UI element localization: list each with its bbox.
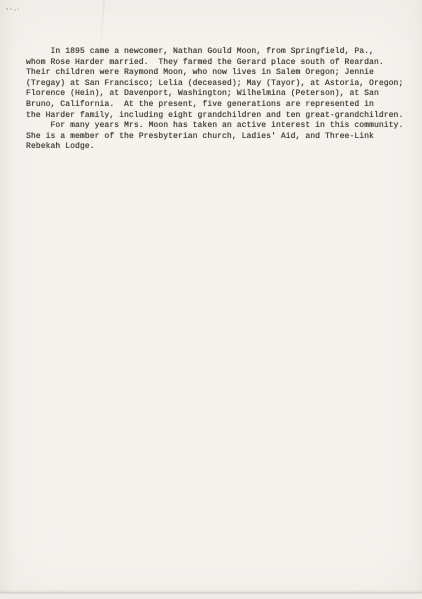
- paper-bottom-edge: [0, 590, 422, 599]
- document-line: She is a member of the Presbyterian chur…: [26, 132, 408, 143]
- scanned-document-page: In 1895 came a newcomer, Nathan Gould Mo…: [0, 0, 422, 599]
- document-line: Florence (Hein), at Davenport, Washingto…: [26, 89, 408, 100]
- typewritten-text-block: In 1895 came a newcomer, Nathan Gould Mo…: [26, 47, 408, 153]
- document-line: Rebekah Lodge.: [26, 142, 408, 153]
- document-line: In 1895 came a newcomer, Nathan Gould Mo…: [26, 47, 408, 58]
- document-line: (Tregay) at San Francisco; Lelia (deceas…: [26, 79, 408, 90]
- document-line: the Harder family, including eight grand…: [26, 111, 408, 122]
- document-line: For many years Mrs. Moon has taken an ac…: [26, 121, 408, 132]
- document-line: Bruno, California. At the present, five …: [26, 100, 408, 111]
- document-line: Their children were Raymond Moon, who no…: [26, 68, 408, 79]
- document-line: whom Rose Harder married. They farmed th…: [26, 58, 408, 69]
- pencil-mark: [6, 8, 8, 10]
